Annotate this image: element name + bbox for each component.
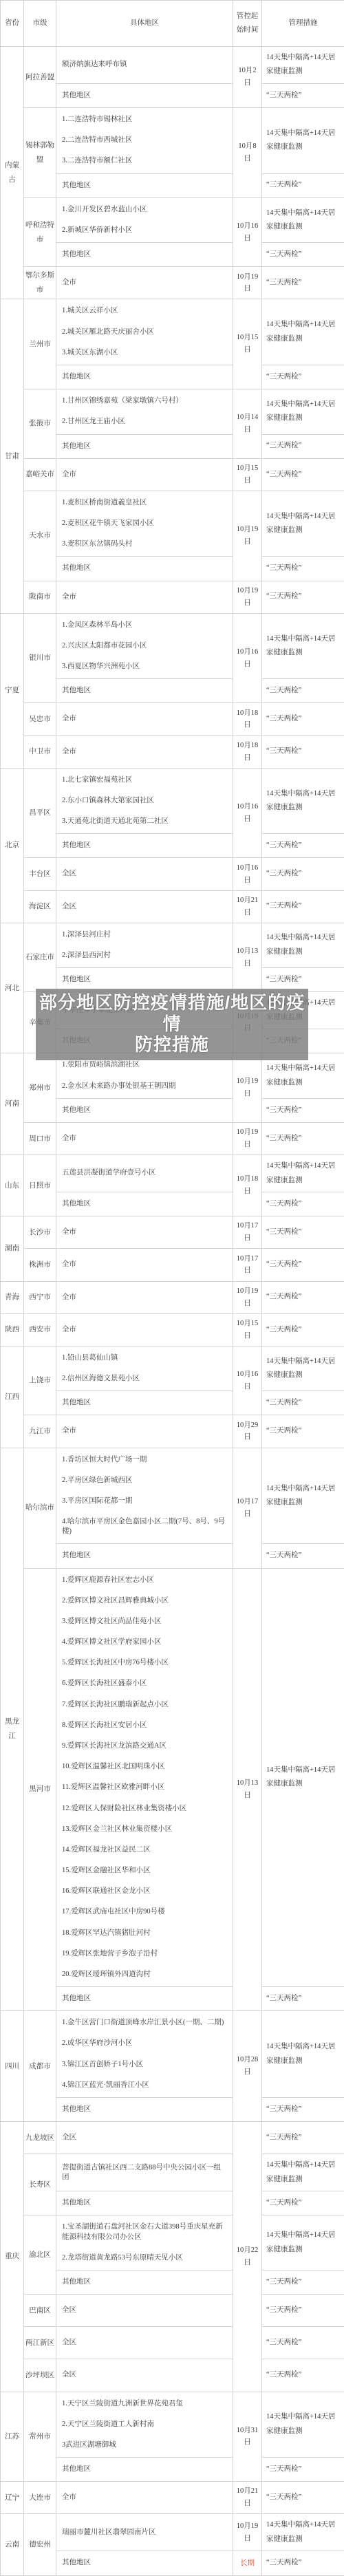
measure-cell: “三天两检” — [262, 581, 344, 613]
area-line: 3.天通苑北街道天通北苑第二社区 — [62, 811, 227, 832]
areas-cell: 其他地区 — [56, 83, 233, 107]
province-cell: 辽宁 — [1, 2482, 24, 2514]
measure-cell: 14天集中隔离+14天居家健康监测 — [262, 2215, 344, 2271]
area-line: 1.金川开发区碧水蓝山小区 — [62, 200, 227, 220]
date-cell: 10月16日 — [233, 768, 262, 858]
areas-cell: 额济纳旗达来呼布镇 — [56, 47, 233, 84]
province-cell: 甘肃 — [1, 299, 24, 613]
area-line: 全市 — [62, 2483, 227, 2512]
areas-cell: 全区 — [56, 2122, 233, 2154]
area-line: 全市 — [62, 268, 227, 297]
province-cell: 陕西 — [1, 1313, 24, 1346]
area-line: 9.爱辉区长海社区龙滨路交通A区 — [62, 1736, 227, 1757]
table-row: 长寿区菩提街道古镇社区西二支路88号中央公园小区一组团14天集中隔离+14天居家… — [1, 2154, 344, 2191]
areas-cell: 全市 — [56, 1216, 233, 1249]
measure-cell: “三天两检” — [262, 1122, 344, 1155]
areas-cell: 全市 — [56, 736, 233, 768]
area-line: 其他地区 — [62, 2553, 227, 2573]
measure-cell: 14天集中隔离+14天居家健康监测 — [262, 197, 344, 242]
area-line: 全市 — [62, 1218, 227, 1247]
province-cell: 湖南 — [1, 1216, 24, 1281]
table-row: 甘肃兰州市1.城关区云祥小区2.城关区雁北路天庆丽舍小区3.城关区东湖小区10月… — [1, 299, 344, 365]
date-cell: 10月18日 — [233, 703, 262, 736]
areas-cell: 1.香坊区恒大时代广场一期2.平房区绿色新城西区3.平房区国际花都一期4.哈尔滨… — [56, 1448, 233, 1544]
table-row: 锡林郭勒盟1.二连浩特市锡林社区2.二连浩特市西城社区3.二连浩特市额仁社区10… — [1, 108, 344, 174]
measure-cell: 14天集中隔离+14天居家健康监测 — [262, 1346, 344, 1391]
measure-cell: “三天两检” — [262, 83, 344, 107]
measure-cell: “三天两检” — [262, 1249, 344, 1281]
measure-cell: “三天两检” — [262, 858, 344, 890]
city-cell: 中卫市 — [24, 736, 56, 768]
city-cell: 长寿区 — [24, 2154, 56, 2215]
areas-cell: 1.金川开发区碧水蓝山小区2.新城区华侨新村小区 — [56, 197, 233, 242]
area-line: 2.新城区华侨新村小区 — [62, 220, 227, 241]
city-cell: 周口市 — [24, 1122, 56, 1155]
measure-cell: “三天两检” — [262, 834, 344, 858]
area-line: 20.爱辉区瑷珲镇外四道沟村 — [62, 1964, 227, 1985]
city-cell: 成都市 — [24, 2011, 56, 2122]
date-cell: 10月29日 — [233, 1415, 262, 1448]
city-cell: 鄂尔多斯市 — [24, 267, 56, 299]
table-row: 重庆九龙坡区全区10月22日“三天两检” — [1, 2122, 344, 2154]
area-line: 1.铅山县葛仙山镇 — [62, 1348, 227, 1368]
area-line: 4.哈尔滨市平房区金色嘉园小区二期(7号、8号、9号楼) — [62, 1512, 227, 1542]
date-cell: 10月28日 — [233, 2011, 262, 2122]
area-line: 6.爱辉区长海社区盛泰小区 — [62, 1673, 227, 1694]
area-line: 1.金牛区营门口街道顶峰水岸汇景小区(一期、二期) — [62, 2012, 227, 2033]
area-line: 其他地区 — [62, 436, 227, 457]
table-row: 湖南长沙市全市10月17日“三天两检” — [1, 1216, 344, 1249]
area-line: 4.锦江区蓝光·凯丽香江小区 — [62, 2075, 227, 2096]
date-cell: 10月18日 — [233, 1155, 262, 1216]
area-line: 3.爱辉区博文社区尚品佳苑小区 — [62, 1611, 227, 1632]
measure-cell: 14天集中隔离+14天居家健康监测 — [262, 923, 344, 967]
area-line: 1.二连浩特市锡林社区 — [62, 109, 227, 130]
area-line: 1.宝圣湖街道石盘河社区金石大道398号重庆星充新能源科技有限公司办公区 — [62, 2217, 227, 2247]
measure-cell: “三天两检” — [262, 703, 344, 736]
province-cell: 江苏 — [1, 2392, 24, 2482]
area-line: 13.爱辉区金兰社区林业集资楼小区 — [62, 1819, 227, 1840]
date-cell: 10月19日 — [233, 1053, 262, 1123]
measure-cell: “三天两检” — [262, 1192, 344, 1216]
measure-cell: 14天集中隔离+14天居家健康监测 — [262, 491, 344, 557]
areas-cell: 全市 — [56, 1415, 233, 1448]
measure-cell: “三天两检” — [262, 736, 344, 768]
city-cell: 长沙市 — [24, 1216, 56, 1249]
table-row: 黑河市1.爱辉区鹿源春社区宏志小区2.爱辉区博文社区昌辉雅典城小区3.爱辉区博文… — [1, 1568, 344, 1986]
area-line: 其他地区 — [62, 244, 227, 265]
area-line: 2.兴庆区太阳都市花园小区 — [62, 636, 227, 656]
area-line: 12.爱辉区人保财险社区林业集资楼小区 — [62, 1799, 227, 1819]
measure-cell: “三天两检” — [262, 679, 344, 703]
table-row: 云南德宏州瑞丽市麓川社区翡翠园南片区10月19日14天集中隔离+14天居家健康监… — [1, 2514, 344, 2551]
header-area: 具体地区 — [56, 1, 233, 47]
table-body: 内蒙古阿拉善盟额济纳旗达来呼布镇10月2日14天集中隔离+14天居家健康监测其他… — [1, 47, 344, 2576]
city-cell: 上饶市 — [24, 1346, 56, 1415]
area-line: 其他地区 — [62, 2099, 227, 2120]
province-cell: 四川 — [1, 2011, 24, 2122]
city-cell: 兰州市 — [24, 299, 56, 389]
date-cell: 10月19日 — [233, 491, 262, 581]
measure-cell: 14天集中隔离+14天居家健康监测 — [262, 47, 344, 84]
areas-cell: 其他地区 — [56, 173, 233, 197]
areas-cell: 其他地区 — [56, 2551, 233, 2575]
city-cell: 德宏州 — [24, 2514, 56, 2575]
date-cell: 10月13日 — [233, 1568, 262, 2011]
city-cell: 昌平区 — [24, 768, 56, 858]
areas-cell: 全区 — [56, 858, 233, 890]
table-row: 两江新区全区“三天两检” — [1, 2327, 344, 2359]
city-cell: 西安市 — [24, 1313, 56, 1346]
table-row: 四川成都市1.金牛区营门口街道顶峰水岸汇景小区(一期、二期)2.成华区华府沙河小… — [1, 2011, 344, 2098]
measure-cell: 14天集中隔离+14天居家健康监测 — [262, 2154, 344, 2191]
date-cell: 10月21日 — [233, 2482, 262, 2514]
areas-cell: 其他地区 — [56, 2458, 233, 2482]
date-cell: 10月14日 — [233, 389, 262, 459]
areas-cell: 全市 — [56, 1313, 233, 1346]
areas-cell: 1.北七家镇宏福苑社区2.东小口镇森林大第家园社区3.天通苑北街道天通北苑第二社… — [56, 768, 233, 834]
area-line: 其他地区 — [62, 1100, 227, 1121]
table-row: 宁夏银川市1.金凤区森林半岛小区2.兴庆区太阳都市花园小区3.西夏区物华兴洲苑小… — [1, 613, 344, 679]
area-line: 18.爱辉区罕达汽镇猪肚河村 — [62, 1923, 227, 1944]
city-cell: 银川市 — [24, 613, 56, 703]
date-cell: 10月16日 — [233, 613, 262, 703]
province-cell: 河北 — [1, 923, 24, 1053]
area-line: 2.深泽县西河村 — [62, 945, 227, 966]
city-cell: 九江市 — [24, 1415, 56, 1448]
areas-cell: 其他地区 — [56, 365, 233, 389]
area-line: 其他地区 — [62, 835, 227, 856]
areas-cell: 全区 — [56, 890, 233, 923]
header-row: 省份 市级 具体地区 管控起始时间 管理措施 — [1, 1, 344, 47]
areas-cell: 全区 — [56, 2327, 233, 2359]
city-cell: 锡林郭勒盟 — [24, 108, 56, 198]
area-line: 其他地区 — [62, 1545, 227, 1566]
city-cell: 九龙坡区 — [24, 2122, 56, 2154]
title-overlay-line1: 部分地区防控疫情措施/地区的疫情 — [39, 992, 305, 1034]
areas-cell: 菩提街道古镇社区西二支路88号中央公园小区一组团 — [56, 2154, 233, 2191]
city-cell: 阿拉善盟 — [24, 47, 56, 108]
measure-cell: “三天两检” — [262, 1987, 344, 2011]
area-line: 2.爱辉区博文社区昌辉雅典城小区 — [62, 1591, 227, 1611]
table-row: 中卫市全市10月18日“三天两检” — [1, 736, 344, 768]
date-cell: 10月22日 — [233, 2122, 262, 2392]
areas-cell: 1.甘州区锦绣嘉苑（梁家墩镇六号村）2.甘州区龙王庙小区 — [56, 389, 233, 434]
province-cell: 青海 — [1, 1281, 24, 1313]
city-cell: 丰台区 — [24, 858, 56, 890]
title-overlay-line2: 防控措施 — [39, 1034, 305, 1055]
table-row: 海淀区全区10月21日“三天两检” — [1, 890, 344, 923]
date-cell: 10月17日 — [233, 1216, 262, 1249]
area-line: 全区 — [62, 859, 227, 888]
area-line: 其他地区 — [62, 2459, 227, 2480]
city-cell: 陇南市 — [24, 581, 56, 613]
area-line: 其他地区 — [62, 175, 227, 196]
table-row: 天水市1.麦积区桥南街道羲皇社区2.麦积区花牛镇天飞家园小区3.麦积区东岔镇码头… — [1, 491, 344, 557]
areas-cell: 1.麦积区桥南街道羲皇社区2.麦积区花牛镇天飞家园小区3.麦积区东岔镇码头村 — [56, 491, 233, 557]
area-line: 10.爱辉区温馨社区北国明珠小区 — [62, 1757, 227, 1777]
area-line: 1.爱辉区鹿源春社区宏志小区 — [62, 1570, 227, 1591]
date-cell: 10月18日 — [233, 736, 262, 768]
table-row: 青海西宁市全市10月19日“三天两检” — [1, 1281, 344, 1313]
areas-cell: 1.金凤区森林半岛小区2.兴庆区太阳都市花园小区3.西夏区物华兴洲苑小区 — [56, 613, 233, 679]
areas-cell: 全市 — [56, 703, 233, 736]
table-row: 渝北区1.宝圣湖街道石盘河社区金石大道398号重庆星充新能源科技有限公司办公区2… — [1, 2215, 344, 2271]
area-line: 其他地区 — [62, 1194, 227, 1214]
measure-cell: “三天两检” — [262, 2482, 344, 2514]
measure-cell: “三天两检” — [262, 1391, 344, 1415]
measure-cell: 14天集中隔离+14天居家健康监测 — [262, 1448, 344, 1544]
date-cell: 10月19日 — [233, 2514, 262, 2551]
date-cell: 长期 — [233, 2551, 262, 2575]
area-line: 2.龙塔街道黄龙路53号东原晴天见小区 — [62, 2248, 227, 2268]
measure-cell: “三天两检” — [262, 1544, 344, 1568]
city-cell: 沙坪坝区 — [24, 2359, 56, 2392]
measure-cell: “三天两检” — [262, 434, 344, 458]
city-cell: 天水市 — [24, 491, 56, 581]
area-line: 4.爱辉区博文社区学府家园小区 — [62, 1632, 227, 1653]
measure-cell: 14天集中隔离+14天居家健康监测 — [262, 1155, 344, 1192]
date-cell: 10月16日 — [233, 1346, 262, 1415]
city-cell: 呼和浩特市 — [24, 197, 56, 267]
areas-cell: 全市 — [56, 2482, 233, 2514]
table-row: 江苏常州市1.天宁区兰陵街道九洲新世界花苑君玺2.天宁区兰陵街道工人新村南3武进… — [1, 2392, 344, 2458]
city-cell: 海淀区 — [24, 890, 56, 923]
measure-cell: “三天两检” — [262, 458, 344, 491]
measure-cell: 14天集中隔离+14天居家健康监测 — [262, 2011, 344, 2098]
area-line: 全市 — [62, 1316, 227, 1344]
table-row: 山东日照市五莲县洪凝街道学府壹号小区10月18日14天集中隔离+14天居家健康监… — [1, 1155, 344, 1192]
areas-cell: 全市 — [56, 581, 233, 613]
area-line: 其他地区 — [62, 558, 227, 579]
measure-cell: “三天两检” — [262, 1216, 344, 1249]
area-line: 全区 — [62, 2296, 227, 2325]
areas-cell: 其他地区 — [56, 434, 233, 458]
areas-cell: 五莲县洪凝街道学府壹号小区 — [56, 1155, 233, 1192]
city-cell: 株洲市 — [24, 1249, 56, 1281]
city-cell: 吴忠市 — [24, 703, 56, 736]
date-cell: 10月15日 — [233, 458, 262, 491]
header-start-date: 管控起始时间 — [233, 1, 262, 47]
area-line: 15.爱辉区金融社区华和小区 — [62, 1860, 227, 1881]
area-line: 2.甘州区龙王庙小区 — [62, 411, 227, 432]
province-cell: 内蒙古 — [1, 47, 24, 299]
area-line: 全市 — [62, 1250, 227, 1279]
date-cell: 10月16日 — [233, 197, 262, 267]
date-cell: 10月17日 — [233, 1448, 262, 1568]
area-line: 1.甘州区锦绣嘉苑（梁家墩镇六号村） — [62, 391, 227, 411]
area-line: 1.麦积区桥南街道羲皇社区 — [62, 493, 227, 513]
city-cell: 常州市 — [24, 2392, 56, 2482]
area-line: 瑞丽市麓川社区翡翠园南片区 — [62, 2522, 227, 2543]
city-cell: 哈尔滨市 — [24, 1448, 56, 1568]
area-line: 14.爱辉区福龙社区益民二区 — [62, 1840, 227, 1860]
areas-cell: 全市 — [56, 267, 233, 299]
area-line: 1.金凤区森林半岛小区 — [62, 615, 227, 636]
province-cell: 黑龙江 — [1, 1448, 24, 2011]
city-cell: 日照市 — [24, 1155, 56, 1216]
province-cell: 江西 — [1, 1346, 24, 1448]
areas-cell: 其他地区 — [56, 834, 233, 858]
area-line: 菩提街道古镇社区西二支路88号中央公园小区一组团 — [62, 2158, 227, 2188]
areas-cell: 全区 — [56, 2295, 233, 2327]
header-province: 省份 — [1, 1, 24, 47]
area-line: 全区 — [62, 2361, 227, 2390]
province-cell: 河南 — [1, 1053, 24, 1155]
date-cell: 10月8日 — [233, 108, 262, 198]
province-cell: 山东 — [1, 1155, 24, 1216]
measure-cell: “三天两检” — [262, 267, 344, 299]
areas-cell: 其他地区 — [56, 557, 233, 581]
area-line: 2.金水区未来路办事处银基王朝四期 — [62, 1076, 227, 1097]
area-line: 全市 — [62, 583, 227, 612]
areas-cell: 其他地区 — [56, 1192, 233, 1216]
areas-cell: 1.二连浩特市锡林社区2.二连浩特市西城社区3.二连浩特市额仁社区 — [56, 108, 233, 174]
measure-cell: “三天两检” — [262, 173, 344, 197]
measure-cell: “三天两检” — [262, 890, 344, 923]
area-line: 全市 — [62, 1417, 227, 1446]
area-line: 其他地区 — [62, 85, 227, 106]
area-line: 其他地区 — [62, 1393, 227, 1413]
measure-cell: “三天两检” — [262, 1415, 344, 1448]
table-row: 巴南区全区“三天两检” — [1, 2295, 344, 2327]
area-line: 19.爱辉区张地营子乡泡子沿村 — [62, 1944, 227, 1964]
table-row: 陕西西安市全市10月15日“三天两检” — [1, 1313, 344, 1346]
area-line: 全市 — [62, 460, 227, 489]
areas-cell: 其他地区 — [56, 679, 233, 703]
measure-cell: “三天两检” — [262, 2359, 344, 2392]
title-overlay: 部分地区防控疫情措施/地区的疫情 防控措施 — [36, 989, 308, 1060]
measure-cell: “三天两检” — [262, 1098, 344, 1122]
table-row: 黑龙江哈尔滨市1.香坊区恒大时代广场一期2.平房区绿色新城西区3.平房区国际花都… — [1, 1448, 344, 1544]
measure-cell: 14天集中隔离+14天居家健康监测 — [262, 2392, 344, 2458]
area-line: 3.平房区国际花都一期 — [62, 1491, 227, 1512]
area-line: 全区 — [62, 2328, 227, 2357]
table-row: 沙坪坝区全区“三天两检” — [1, 2359, 344, 2392]
measure-cell: 14天集中隔离+14天居家健康监测 — [262, 108, 344, 174]
table-row: 陇南市全市10月19日“三天两检” — [1, 581, 344, 613]
area-line: 3.锦江区首创娇子1号小区 — [62, 2054, 227, 2075]
province-cell: 宁夏 — [1, 613, 24, 768]
city-cell: 渝北区 — [24, 2215, 56, 2295]
date-cell: 10月19日 — [233, 1281, 262, 1313]
measure-cell: “三天两检” — [262, 2097, 344, 2121]
areas-cell: 1.铅山县葛仙山镇2.信州区海德文景苑小区 — [56, 1346, 233, 1391]
measure-cell: 14天集中隔离+14天居家健康监测 — [262, 1568, 344, 1986]
date-cell: 10月21日 — [233, 890, 262, 923]
area-line: 11.爱辉区温馨社区欧雅河畔小区 — [62, 1777, 227, 1798]
area-line: 全市 — [62, 1124, 227, 1153]
area-line: 其他地区 — [62, 2193, 227, 2213]
areas-cell: 1.深泽县河庄村2.深泽县西河村 — [56, 923, 233, 967]
area-line: 2.成华区华府沙河小区 — [62, 2033, 227, 2054]
measure-cell: “三天两检” — [262, 2327, 344, 2359]
area-line: 16.爱辉区联通社区金龙小区 — [62, 1881, 227, 1902]
table-row: 株洲市全市10月17日“三天两检” — [1, 1249, 344, 1281]
measure-cell: “三天两检” — [262, 365, 344, 389]
measure-cell: 14天集中隔离+14天居家健康监测 — [262, 389, 344, 434]
area-line: 2.东小口镇森林大第家园社区 — [62, 791, 227, 811]
date-cell: 10月31日 — [233, 2392, 262, 2482]
city-cell: 张掖市 — [24, 389, 56, 459]
table-row: 北京昌平区1.北七家镇宏福苑社区2.东小口镇森林大第家园社区3.天通苑北街道天通… — [1, 768, 344, 834]
area-line: 1.城关区云祥小区 — [62, 301, 227, 321]
areas-cell: 全市 — [56, 1249, 233, 1281]
header-measure: 管理措施 — [262, 1, 344, 47]
header-city: 市级 — [24, 1, 56, 47]
date-cell: 10月19日 — [233, 581, 262, 613]
area-line: 其他地区 — [62, 2272, 227, 2293]
area-line: 3.二连浩特市额仁社区 — [62, 151, 227, 171]
areas-cell: 1.城关区云祥小区2.城关区雁北路天庆丽舍小区3.城关区东湖小区 — [56, 299, 233, 365]
page: 省份 市级 具体地区 管控起始时间 管理措施 内蒙古阿拉善盟额济纳旗达来呼布镇1… — [0, 0, 344, 2576]
area-line: 其他地区 — [62, 969, 227, 990]
date-cell: 10月19日 — [233, 1122, 262, 1155]
area-line: 3.城关区东湖小区 — [62, 343, 227, 363]
area-line: 2.麦积区花牛镇天飞家园小区 — [62, 513, 227, 534]
areas-cell: 其他地区 — [56, 243, 233, 267]
area-line: 其他地区 — [62, 1988, 227, 2009]
areas-cell: 全市 — [56, 458, 233, 491]
area-line: 1.北七家镇宏福苑社区 — [62, 770, 227, 791]
province-cell: 北京 — [1, 768, 24, 923]
measure-cell: “三天两检” — [262, 2551, 344, 2575]
area-line: 1.天宁区兰陵街道九洲新世界花苑君玺 — [62, 2394, 227, 2414]
area-line: 全区 — [62, 2123, 227, 2152]
province-cell: 重庆 — [1, 2122, 24, 2392]
area-line: 全市 — [62, 1283, 227, 1312]
area-line: 1.深泽县河庄村 — [62, 925, 227, 945]
measure-cell: 14天集中隔离+14天居家健康监测 — [262, 613, 344, 679]
measure-cell: 14天集中隔离+14天居家健康监测 — [262, 2514, 344, 2551]
city-cell: 两江新区 — [24, 2327, 56, 2359]
area-line: 额济纳旗达来呼布镇 — [62, 54, 227, 75]
table-row: 辽宁大连市全市10月21日“三天两检” — [1, 2482, 344, 2514]
area-line: 2.信州区海德文景苑小区 — [62, 1368, 227, 1389]
area-line: 17.爱辉区武庙屯社区中房90号楼 — [62, 1902, 227, 1922]
area-line: 2.天宁区兰陵街道工人新村南 — [62, 2414, 227, 2435]
table-row: 内蒙古阿拉善盟额济纳旗达来呼布镇10月2日14天集中隔离+14天居家健康监测 — [1, 47, 344, 84]
measure-cell: “三天两检” — [262, 2458, 344, 2482]
measure-cell: “三天两检” — [262, 2191, 344, 2215]
table-row: 丰台区全区10月16日“三天两检” — [1, 858, 344, 890]
area-line: 2.平房区绿色新城西区 — [62, 1470, 227, 1491]
areas-cell: 其他地区 — [56, 2191, 233, 2215]
covid-measures-table: 省份 市级 具体地区 管控起始时间 管理措施 内蒙古阿拉善盟额济纳旗达来呼布镇1… — [0, 0, 344, 2576]
measure-cell: “三天两检” — [262, 557, 344, 581]
area-line: 2.城关区雁北路天庆丽舍小区 — [62, 322, 227, 343]
areas-cell: 1.天宁区兰陵街道九洲新世界花苑君玺2.天宁区兰陵街道工人新村南3武进区湖塘御城 — [56, 2392, 233, 2458]
area-line: 其他地区 — [62, 680, 227, 701]
areas-cell: 其他地区 — [56, 1098, 233, 1122]
table-row: 江西上饶市1.铅山县葛仙山镇2.信州区海德文景苑小区10月16日14天集中隔离+… — [1, 1346, 344, 1391]
table-row: 张掖市1.甘州区锦绣嘉苑（梁家墩镇六号村）2.甘州区龙王庙小区10月14日14天… — [1, 389, 344, 434]
city-cell: 西宁市 — [24, 1281, 56, 1313]
areas-cell: 全市 — [56, 1281, 233, 1313]
area-line: 全市 — [62, 738, 227, 766]
areas-cell: 其他地区 — [56, 1544, 233, 1568]
table-row: 九江市全市10月29日“三天两检” — [1, 1415, 344, 1448]
area-line: 全区 — [62, 892, 227, 921]
areas-cell: 全市 — [56, 1122, 233, 1155]
areas-cell: 其他地区 — [56, 1987, 233, 2011]
areas-cell: 其他地区 — [56, 2097, 233, 2121]
measure-cell: “三天两检” — [262, 243, 344, 267]
area-line: 7.爱辉区长海社区鹏瑞新起点小区 — [62, 1695, 227, 1715]
table-row: 周口市全市10月19日“三天两检” — [1, 1122, 344, 1155]
city-cell: 巴南区 — [24, 2295, 56, 2327]
date-cell: 10月15日 — [233, 1313, 262, 1346]
